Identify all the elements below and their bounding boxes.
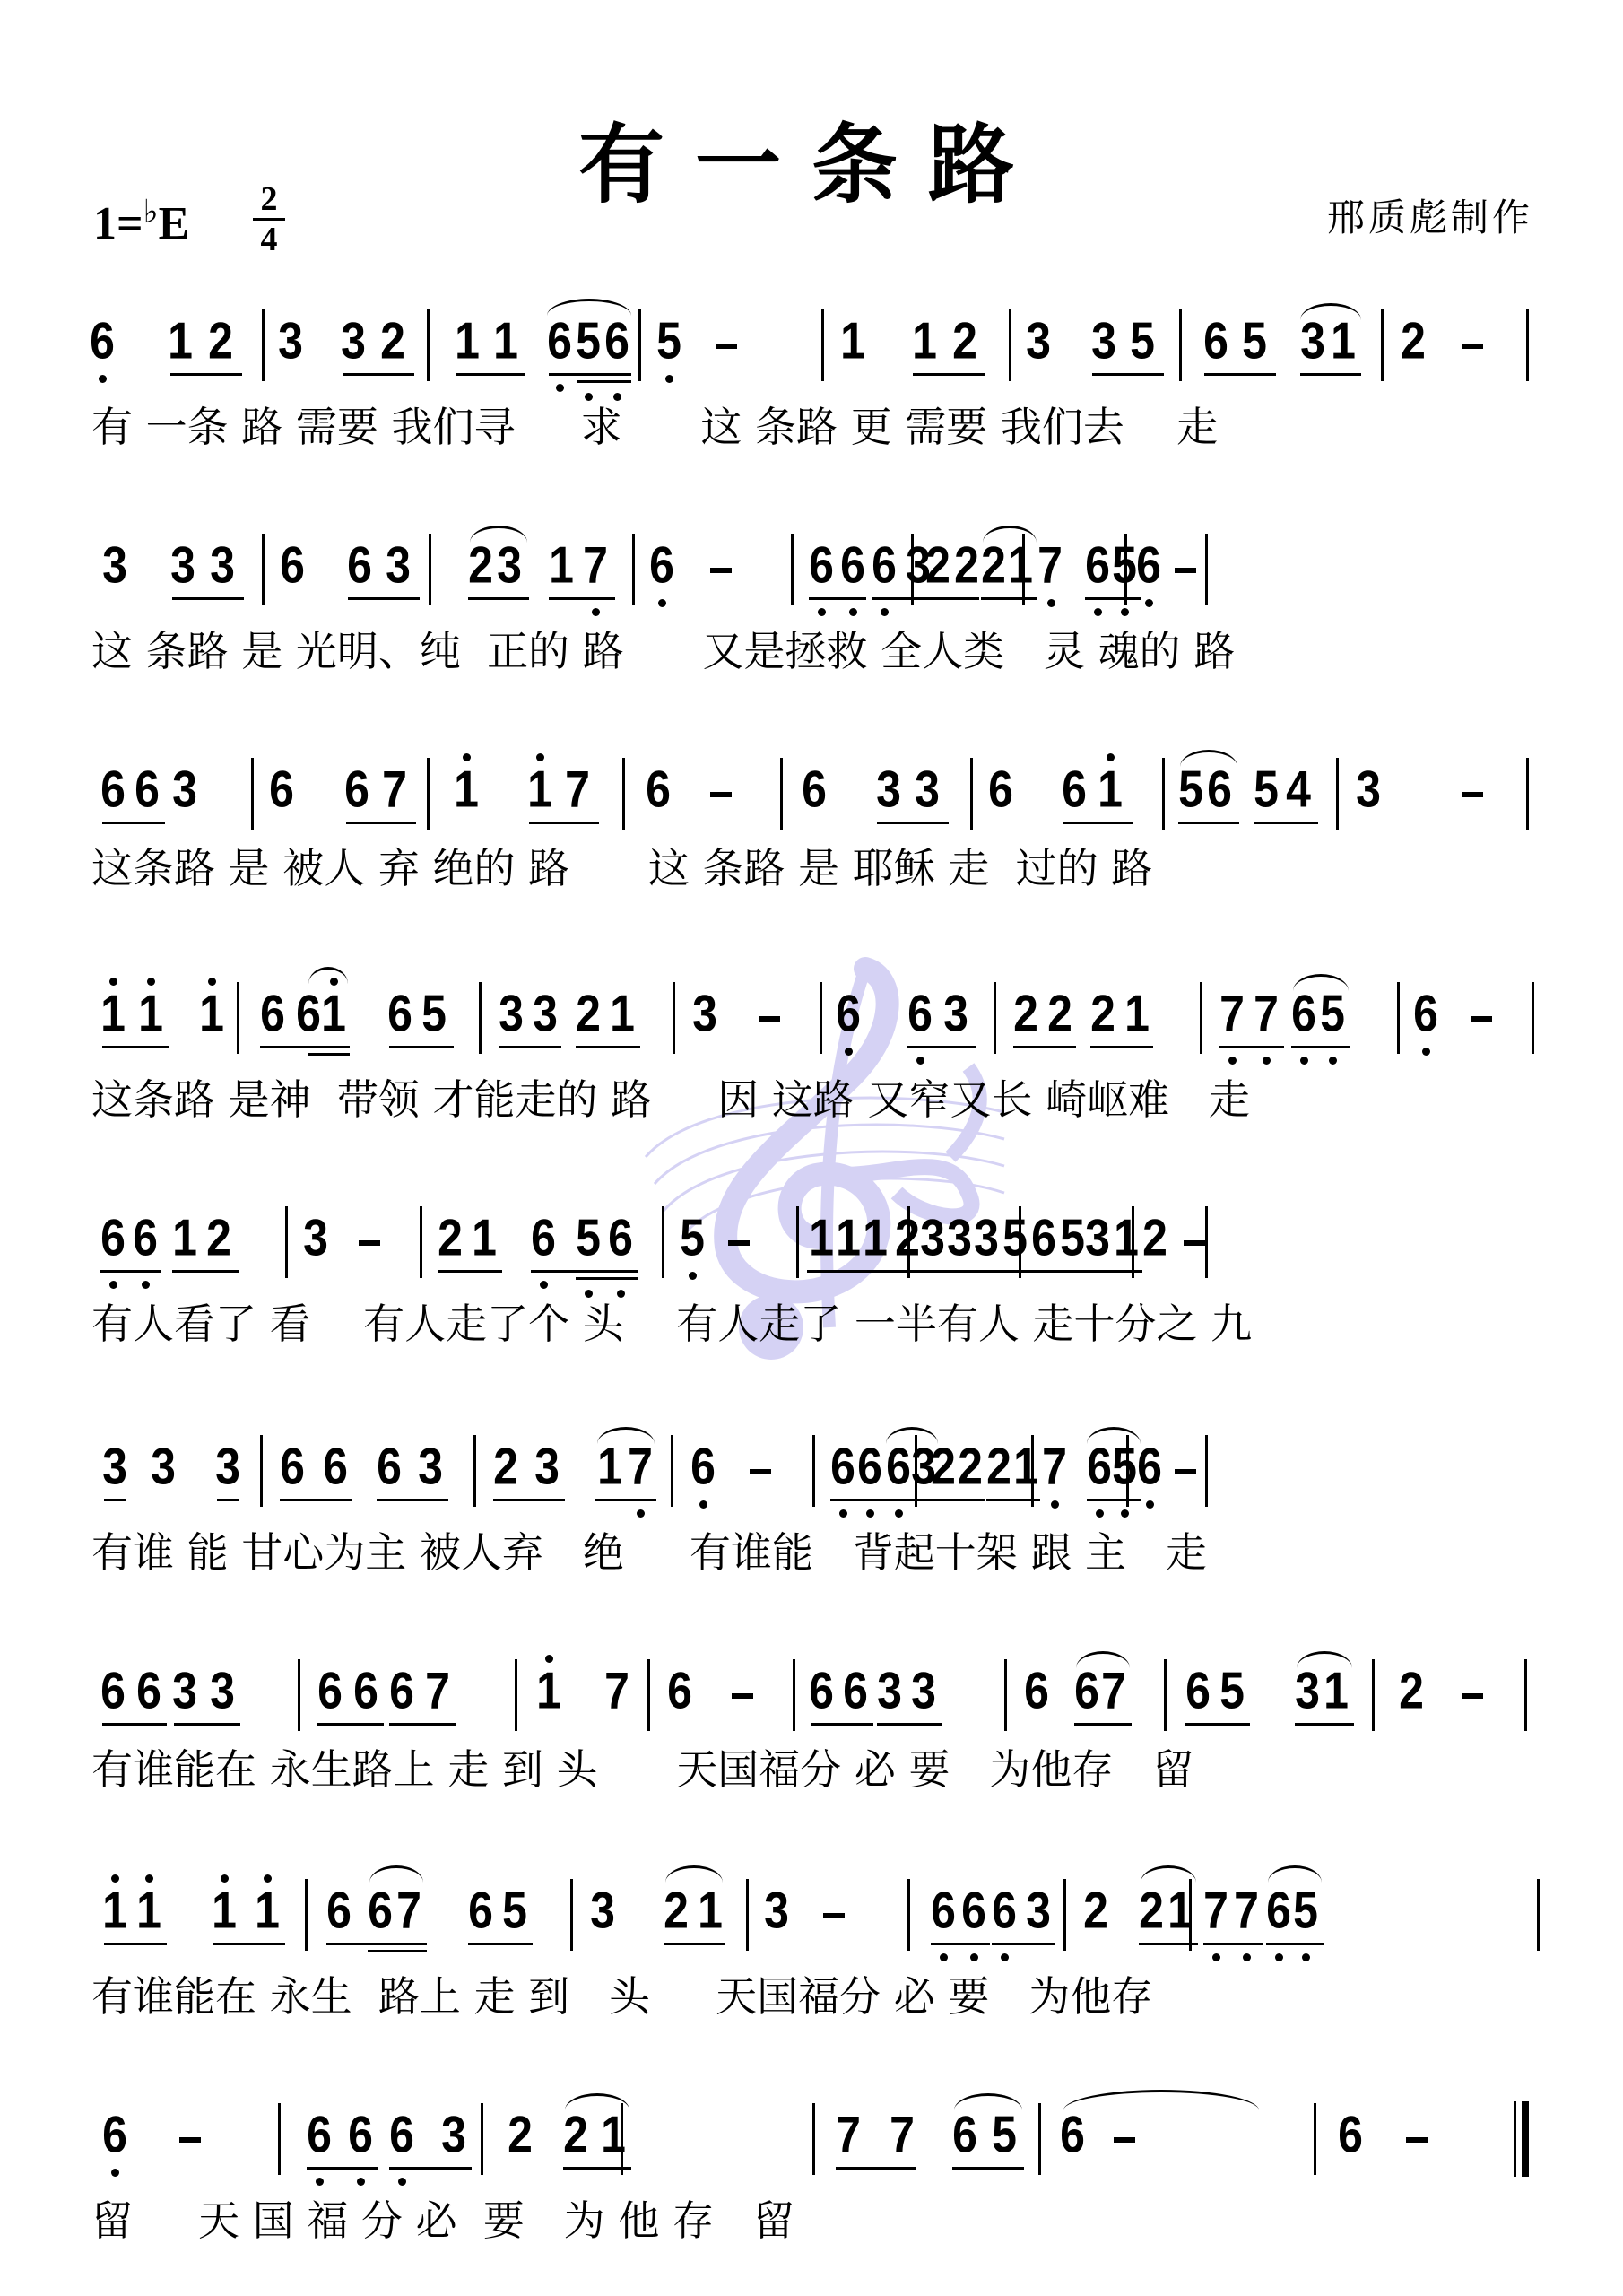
score-line-8: 1 1 1 1 6 6 7 6 5 3 2 1 3 6 6 6 3 2 2 1 … bbox=[0, 1865, 1623, 2045]
note: 3 bbox=[276, 310, 305, 372]
note: 6 bbox=[1264, 1880, 1293, 1942]
high-octave-dot bbox=[208, 978, 216, 986]
note: 1 bbox=[136, 983, 165, 1045]
slur bbox=[954, 2093, 1022, 2110]
score-line-9: 6 6 6 6 3 2 2 1 7 7 6 5 6 6 留 天 国 福 分 必 … bbox=[0, 2090, 1623, 2269]
note: 7 bbox=[1232, 1880, 1261, 1942]
note: 1 bbox=[197, 983, 226, 1045]
note: 1 bbox=[100, 1880, 129, 1942]
note: 3 bbox=[149, 1436, 178, 1498]
eighth-underline bbox=[576, 1046, 640, 1048]
barline bbox=[907, 1206, 910, 1278]
note: 6 bbox=[316, 1660, 344, 1722]
slur bbox=[983, 526, 1037, 543]
note: 7 bbox=[834, 2104, 863, 2166]
eighth-underline bbox=[1300, 373, 1361, 376]
note: 6 bbox=[131, 1207, 160, 1269]
note: 3 bbox=[213, 1436, 242, 1498]
note: 1 bbox=[807, 1207, 836, 1269]
note: 2 bbox=[491, 1436, 520, 1498]
sixteenth-underline bbox=[308, 1053, 350, 1056]
note: 6 bbox=[346, 2104, 375, 2166]
eighth-underline bbox=[174, 1723, 240, 1726]
barline bbox=[994, 982, 996, 1054]
note: 6 bbox=[529, 1207, 558, 1269]
note: 4 bbox=[1284, 759, 1313, 821]
time-signature: 2 4 bbox=[253, 182, 285, 257]
note: 1 bbox=[525, 759, 554, 821]
eighth-underline bbox=[1063, 822, 1133, 824]
eighth-underline bbox=[952, 2167, 1024, 2170]
sustain-dash bbox=[1114, 2137, 1135, 2143]
barline bbox=[251, 758, 254, 830]
note: 6 bbox=[1205, 759, 1234, 821]
barline bbox=[1532, 982, 1534, 1054]
sustain-dash bbox=[1175, 568, 1196, 573]
sixteenth-underline bbox=[576, 1277, 638, 1280]
time-denominator: 4 bbox=[261, 221, 278, 258]
note: 6 bbox=[986, 759, 1015, 821]
eighth-underline bbox=[468, 597, 529, 600]
eighth-underline bbox=[102, 1723, 167, 1726]
note: 6 bbox=[305, 2104, 334, 2166]
eighth-underline bbox=[260, 1046, 350, 1048]
eighth-underline bbox=[531, 1270, 638, 1273]
eighth-underline bbox=[1031, 1270, 1089, 1273]
eighth-underline bbox=[907, 1046, 976, 1048]
score-line-7: 6 6 3 3 6 6 6 7 1 7 6 6 6 3 3 6 6 7 6 5 … bbox=[0, 1646, 1623, 1825]
note: 7 bbox=[395, 1880, 423, 1942]
note: 5 bbox=[574, 310, 603, 372]
lyric-line-4: 这条路 是神 带领 才能走的 路 因 这路 又窄又长 崎岖难 走 bbox=[91, 1074, 1250, 1125]
note: 6 bbox=[466, 1880, 495, 1942]
note: 6 bbox=[99, 759, 127, 821]
eighth-underline bbox=[863, 1270, 924, 1273]
barline bbox=[1381, 309, 1384, 381]
note: 7 bbox=[1252, 983, 1280, 1045]
low-octave-dot bbox=[357, 2178, 365, 2186]
low-octave-dot bbox=[585, 393, 593, 401]
note: 1 bbox=[166, 310, 195, 372]
barline bbox=[420, 1206, 422, 1278]
slur bbox=[1297, 1651, 1352, 1668]
note: 5 bbox=[1318, 983, 1347, 1045]
low-octave-dot bbox=[556, 384, 564, 392]
barline bbox=[621, 2103, 623, 2175]
note: 6 bbox=[366, 1880, 395, 1942]
note: 6 bbox=[387, 1660, 416, 1722]
note: 6 bbox=[665, 1660, 694, 1722]
low-octave-dot bbox=[316, 2178, 324, 2186]
eighth-underline bbox=[438, 1270, 502, 1273]
barline bbox=[1537, 1879, 1540, 1951]
note: 6 bbox=[135, 1660, 163, 1722]
sixteenth-underline bbox=[368, 1950, 427, 1952]
time-numerator: 2 bbox=[261, 180, 278, 218]
note: 1 bbox=[1123, 983, 1151, 1045]
note: 5 bbox=[1291, 1880, 1320, 1942]
author-credit: 邢质彪制作 bbox=[1327, 188, 1533, 242]
note: 1 bbox=[210, 1880, 239, 1942]
barline bbox=[1124, 534, 1127, 605]
note: 6 bbox=[100, 2104, 129, 2166]
note: 2 bbox=[378, 310, 407, 372]
note: 2 bbox=[956, 1436, 985, 1498]
barline bbox=[1314, 2103, 1316, 2175]
note: 6 bbox=[133, 759, 161, 821]
low-octave-dot bbox=[109, 1281, 117, 1289]
barline bbox=[647, 1659, 650, 1731]
barline bbox=[911, 534, 914, 605]
barline bbox=[791, 534, 794, 605]
note: 6 bbox=[603, 310, 631, 372]
eighth-underline bbox=[377, 1499, 448, 1501]
note: 7 bbox=[581, 535, 610, 596]
note: 6 bbox=[1058, 2104, 1087, 2166]
sustain-dash bbox=[716, 344, 737, 349]
eighth-underline bbox=[499, 1046, 561, 1048]
lyric-line-9: 留 天 国 福 分 必 要 为 他 存 留 bbox=[91, 2196, 794, 2246]
note: 3 bbox=[690, 983, 719, 1045]
note: 3 bbox=[384, 535, 412, 596]
low-octave-dot bbox=[839, 1509, 847, 1518]
note: 6 bbox=[386, 983, 414, 1045]
high-octave-dot bbox=[545, 1655, 553, 1663]
sixteenth-underline bbox=[577, 380, 631, 383]
eighth-underline bbox=[389, 2167, 472, 2170]
eighth-underline bbox=[529, 822, 599, 824]
eighth-underline bbox=[217, 1499, 239, 1501]
note: 6 bbox=[1135, 1436, 1164, 1498]
barline bbox=[1526, 309, 1529, 381]
low-octave-dot bbox=[142, 1281, 150, 1289]
slur bbox=[1293, 974, 1349, 991]
key-prefix: 1= bbox=[93, 198, 143, 249]
eighth-underline bbox=[317, 1723, 384, 1726]
barline bbox=[262, 309, 265, 381]
note: 3 bbox=[913, 759, 942, 821]
score-line-6: 3 3 3 6 6 6 3 2 3 1 7 6 6 6 6 3 2 2 2 1 … bbox=[0, 1422, 1623, 1601]
note: 6 bbox=[1060, 759, 1089, 821]
low-octave-dot bbox=[99, 375, 107, 383]
note: 6 bbox=[321, 1436, 350, 1498]
sustain-dash bbox=[179, 2137, 201, 2143]
score-line-3: 6 6 3 6 6 7 1 1 7 6 6 3 3 6 6 1 5 6 5 4 … bbox=[0, 744, 1623, 924]
low-octave-dot bbox=[592, 608, 600, 616]
sustain-dash bbox=[1462, 792, 1483, 797]
score-line-4: 1 1 1 6 6 1 6 5 3 3 2 1 3 6 6 3 2 2 2 1 … bbox=[0, 969, 1623, 1148]
note: 1 bbox=[99, 983, 127, 1045]
eighth-underline bbox=[1295, 1723, 1354, 1726]
note: 6 bbox=[834, 983, 863, 1045]
note: 6 bbox=[1029, 1207, 1058, 1269]
eighth-underline bbox=[877, 822, 949, 824]
note: 2 bbox=[1397, 1660, 1426, 1722]
note: 7 bbox=[380, 759, 409, 821]
slur bbox=[1300, 303, 1361, 320]
note: 7 bbox=[563, 759, 592, 821]
note: 3 bbox=[918, 1207, 947, 1269]
barline bbox=[1004, 1659, 1007, 1731]
note: 3 bbox=[942, 983, 970, 1045]
lyric-line-1: 有 一条 路 需要 我们寻 求 这 条路 更 需要 我们去 走 bbox=[91, 402, 1218, 452]
slur bbox=[369, 1865, 423, 1883]
eighth-underline bbox=[343, 373, 414, 376]
note: 6 bbox=[1134, 535, 1163, 596]
note: 3 bbox=[588, 1880, 617, 1942]
barline bbox=[907, 1879, 910, 1951]
eighth-underline bbox=[280, 1499, 352, 1501]
lyric-line-2: 这 条路 是 光明、纯 正的 路 又是拯救 全人类 灵 魂的 路 bbox=[91, 626, 1235, 676]
note: 3 bbox=[762, 1880, 791, 1942]
eighth-underline bbox=[877, 1723, 942, 1726]
barline bbox=[1031, 1435, 1034, 1507]
low-octave-dot bbox=[1094, 608, 1102, 616]
note: 1 bbox=[253, 1880, 282, 1942]
barline bbox=[812, 1435, 815, 1507]
barline bbox=[1524, 1659, 1527, 1731]
note: 3 bbox=[495, 535, 524, 596]
high-octave-dot bbox=[221, 1874, 229, 1883]
note: 6 bbox=[1022, 1660, 1051, 1722]
barline bbox=[622, 758, 625, 830]
note: 5 bbox=[678, 1207, 707, 1269]
sustain-dash bbox=[1175, 1469, 1196, 1474]
barline bbox=[915, 1435, 917, 1507]
high-octave-dot bbox=[1107, 753, 1115, 761]
low-octave-dot bbox=[916, 1057, 924, 1065]
eighth-underline bbox=[807, 1270, 863, 1273]
note: 6 bbox=[88, 310, 117, 372]
note: 5 bbox=[990, 2104, 1019, 2166]
barline bbox=[632, 534, 635, 605]
low-octave-dot bbox=[1263, 1057, 1271, 1065]
note: 3 bbox=[339, 310, 368, 372]
note: 2 bbox=[979, 535, 1008, 596]
slur bbox=[597, 1427, 655, 1444]
note: 6 bbox=[829, 1436, 857, 1498]
note: 6 bbox=[838, 535, 867, 596]
note: 6 bbox=[267, 759, 296, 821]
note: 1 bbox=[696, 1880, 725, 1942]
note: 2 bbox=[204, 1207, 233, 1269]
slur bbox=[1087, 1427, 1141, 1444]
barline bbox=[1336, 758, 1339, 830]
eighth-underline bbox=[1219, 1046, 1284, 1048]
eighth-underline bbox=[836, 2167, 916, 2170]
note: 3 bbox=[533, 1436, 561, 1498]
low-octave-dot bbox=[398, 2178, 406, 2186]
note: 1 bbox=[135, 1880, 163, 1942]
eighth-underline bbox=[931, 1499, 985, 1501]
low-octave-dot bbox=[895, 1509, 903, 1518]
flat-icon: ♭ bbox=[143, 194, 159, 230]
eighth-underline bbox=[456, 373, 525, 376]
final-double-barline bbox=[1514, 2101, 1527, 2177]
note: 3 bbox=[1024, 1880, 1053, 1942]
note: 1 bbox=[453, 310, 482, 372]
note: 3 bbox=[1083, 1207, 1112, 1269]
note: 7 bbox=[1036, 535, 1064, 596]
note: 6 bbox=[387, 2104, 416, 2166]
note: 6 bbox=[990, 1880, 1019, 1942]
note: 3 bbox=[1293, 1660, 1322, 1722]
eighth-underline bbox=[102, 1046, 169, 1048]
low-octave-dot bbox=[1121, 608, 1129, 616]
eighth-underline bbox=[549, 373, 631, 376]
barline bbox=[1205, 534, 1208, 605]
note: 1 bbox=[470, 1207, 499, 1269]
note: 7 bbox=[1099, 1660, 1128, 1722]
eighth-underline bbox=[389, 1046, 454, 1048]
note: 6 bbox=[807, 535, 836, 596]
low-octave-dot bbox=[1300, 1057, 1308, 1065]
low-octave-dot bbox=[613, 393, 621, 401]
barline bbox=[262, 534, 265, 605]
eighth-underline bbox=[549, 597, 615, 600]
high-octave-dot bbox=[147, 978, 155, 986]
eighth-underline bbox=[1087, 1499, 1141, 1501]
note: 7 bbox=[603, 1660, 631, 1722]
eighth-underline bbox=[992, 1943, 1055, 1945]
barline bbox=[1019, 1206, 1021, 1278]
barline bbox=[1205, 1206, 1208, 1278]
barline bbox=[479, 982, 482, 1054]
note: 1 bbox=[838, 310, 867, 372]
note: 7 bbox=[1040, 1436, 1069, 1498]
barline bbox=[1205, 1435, 1208, 1507]
low-octave-dot bbox=[111, 2169, 119, 2177]
note: 2 bbox=[1046, 983, 1074, 1045]
eighth-underline bbox=[1266, 1943, 1324, 1945]
barline bbox=[780, 758, 783, 830]
low-octave-dot bbox=[1121, 1509, 1129, 1518]
note: 5 bbox=[1128, 310, 1157, 372]
note: 1 bbox=[170, 1207, 199, 1269]
low-octave-dot bbox=[1228, 1057, 1237, 1065]
high-octave-dot bbox=[264, 1874, 272, 1883]
note: 5 bbox=[655, 310, 683, 372]
note: 2 bbox=[985, 1436, 1013, 1498]
key-signature: 1=♭E bbox=[93, 193, 189, 250]
note: 2 bbox=[436, 1207, 464, 1269]
note: 3 bbox=[875, 1660, 904, 1722]
note: 3 bbox=[208, 1660, 237, 1722]
low-octave-dot bbox=[1302, 1953, 1310, 1961]
note: 3 bbox=[1354, 759, 1383, 821]
barline bbox=[1009, 309, 1011, 381]
note: 3 bbox=[301, 1207, 330, 1269]
note: 2 bbox=[466, 535, 495, 596]
note: 1 bbox=[834, 1207, 863, 1269]
barline bbox=[481, 2103, 483, 2175]
note: 1 bbox=[547, 535, 576, 596]
barline bbox=[427, 758, 430, 830]
note: 6 bbox=[343, 759, 371, 821]
low-octave-dot bbox=[665, 375, 673, 383]
eighth-underline bbox=[1254, 822, 1318, 824]
note: 2 bbox=[952, 535, 981, 596]
barline bbox=[285, 1206, 288, 1278]
note: 6 bbox=[375, 1436, 404, 1498]
note: 6 bbox=[689, 1436, 717, 1498]
note: 3 bbox=[208, 535, 237, 596]
note: 1 bbox=[910, 310, 939, 372]
low-octave-dot bbox=[866, 1509, 874, 1518]
note: 6 bbox=[1072, 1660, 1101, 1722]
eighth-underline bbox=[830, 1499, 886, 1501]
low-octave-dot bbox=[699, 1500, 707, 1509]
high-octave-dot bbox=[111, 1874, 119, 1883]
note: 2 bbox=[1089, 983, 1117, 1045]
sustain-dash bbox=[1184, 1240, 1205, 1246]
note: 3 bbox=[170, 759, 199, 821]
note: 6 bbox=[1336, 2104, 1365, 2166]
barline bbox=[427, 309, 430, 381]
note: 6 bbox=[278, 535, 307, 596]
sustain-dash bbox=[710, 568, 732, 573]
eighth-underline bbox=[809, 597, 866, 600]
sustain-dash bbox=[1406, 2137, 1428, 2143]
eighth-underline bbox=[213, 1943, 285, 1945]
note: 6 bbox=[906, 983, 934, 1045]
low-octave-dot bbox=[1051, 1500, 1059, 1509]
sustain-dash bbox=[1462, 344, 1483, 349]
eighth-underline bbox=[924, 597, 979, 600]
barline bbox=[1164, 1659, 1167, 1731]
note: 2 bbox=[1399, 310, 1428, 372]
note: 3 bbox=[1089, 310, 1118, 372]
note: 5 bbox=[500, 1880, 529, 1942]
note: 3 bbox=[416, 1436, 445, 1498]
note: 6 bbox=[99, 1207, 127, 1269]
barline bbox=[671, 1435, 673, 1507]
barline bbox=[662, 1206, 664, 1278]
barline bbox=[260, 1435, 263, 1507]
lyric-line-8: 有谁能在 永生 路上 走 到 头 天国福分 必 要 为他存 bbox=[91, 1971, 1152, 2022]
sustain-dash bbox=[359, 1240, 380, 1246]
note: 3 bbox=[1024, 310, 1053, 372]
low-octave-dot bbox=[1096, 1509, 1104, 1518]
eighth-underline bbox=[595, 1499, 656, 1501]
eighth-underline bbox=[1291, 1046, 1350, 1048]
eighth-underline bbox=[981, 597, 1037, 600]
note: 7 bbox=[1202, 1880, 1230, 1942]
note: 2 bbox=[574, 983, 603, 1045]
eighth-underline bbox=[104, 1943, 167, 1945]
low-octave-dot bbox=[585, 1290, 593, 1298]
barline bbox=[1189, 1879, 1192, 1951]
note: 1 bbox=[595, 1436, 624, 1498]
sustain-dash bbox=[1471, 1016, 1492, 1022]
eighth-underline bbox=[1185, 1723, 1250, 1726]
note: 1 bbox=[452, 759, 481, 821]
low-octave-dot bbox=[849, 608, 857, 616]
note: 6 bbox=[644, 759, 673, 821]
note: 2 bbox=[1011, 983, 1040, 1045]
note: 3 bbox=[874, 759, 903, 821]
eighth-underline bbox=[1013, 1046, 1076, 1048]
barline bbox=[1397, 982, 1400, 1054]
score-line-2: 3 3 3 6 6 3 2 3 1 7 6 6 6 6 3 2 2 2 1 7 … bbox=[0, 520, 1623, 700]
eighth-underline bbox=[1090, 1046, 1153, 1048]
eighth-underline bbox=[172, 597, 244, 600]
slur bbox=[1180, 750, 1237, 767]
note: 2 bbox=[206, 310, 235, 372]
barline bbox=[1038, 2103, 1041, 2175]
note: 6 bbox=[325, 1880, 353, 1942]
low-octave-dot bbox=[617, 1290, 625, 1298]
